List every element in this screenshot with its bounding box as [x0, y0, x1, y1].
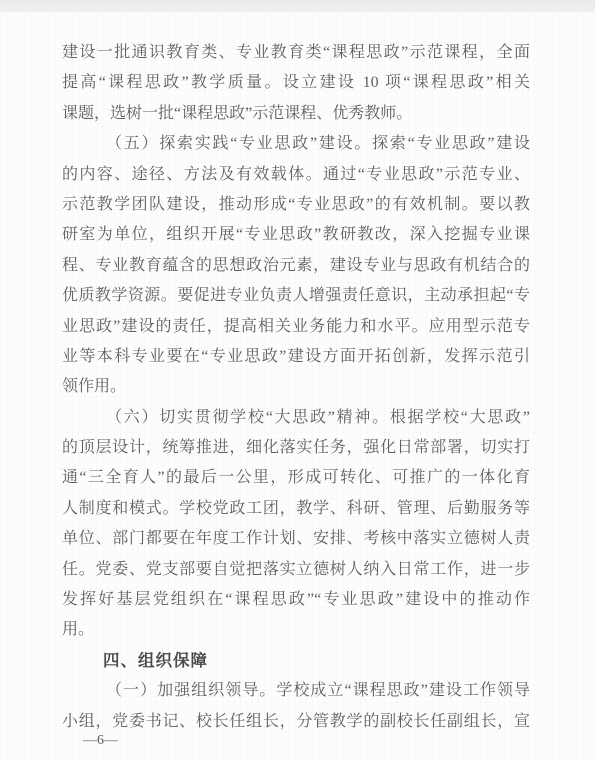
document-lines: 建设一批通识教育类、专业教育类“课程思政”示范课程，全面提高“课程思政”教学质量… — [62, 38, 530, 737]
text-line: 小组，党委书记、校长任组长，分管教学的副校长任副组长，宣 — [62, 707, 530, 737]
text-line: 通“三全育人”的最后一公里，形成可转化、可推广的一体化育 — [62, 463, 530, 493]
text-line: 建设一批通识教育类、专业教育类“课程思政”示范课程，全面 — [62, 38, 530, 68]
text-line: 优质教学资源。要促进专业负责人增强责任意识，主动承担起“专 — [62, 281, 530, 311]
document-page: 建设一批通识教育类、专业教育类“课程思政”示范课程，全面提高“课程思政”教学质量… — [0, 0, 595, 761]
text-line: （一）加强组织领导。学校成立“课程思政”建设工作领导 — [62, 676, 530, 706]
text-line: 人制度和模式。学校党政工团，教学、科研、管理、后勤服务等 — [62, 494, 530, 524]
text-line: 课题，选树一批“课程思政”示范课程、优秀教师。 — [62, 99, 530, 129]
text-line: （六）切实贯彻学校“大思政”精神。根据学校“大思政” — [62, 403, 530, 433]
text-line: 的内容、途径、方法及有效载体。通过“专业思政”示范专业、 — [62, 160, 530, 190]
text-line: 任。党委、党支部要自觉把落实立德树人纳入日常工作，进一步 — [62, 555, 530, 585]
text-line: 程、专业教育蕴含的思想政治元素，建设专业与思政有机结合的 — [62, 251, 530, 281]
scan-top-band — [0, 0, 595, 12]
text-line: 发挥好基层党组织在“课程思政”“专业思政”建设中的推动作 — [62, 585, 530, 615]
text-line: 领作用。 — [62, 372, 530, 402]
text-line: 示范教学团队建设，推动形成“专业思政”的有效机制。要以教 — [62, 190, 530, 220]
text-line: （五）探索实践“专业思政”建设。探索“专业思政”建设 — [62, 129, 530, 159]
text-line: 业思政”建设的责任，提高相关业务能力和水平。应用型示范专 — [62, 312, 530, 342]
text-line: 业等本科专业要在“专业思政”建设方面开拓创新，发挥示范引 — [62, 342, 530, 372]
text-line: 提高“课程思政”教学质量。设立建设 10 项“课程思政”相关 — [62, 68, 530, 98]
text-line: 的顶层设计，统筹推进，细化落实任务，强化日常部署，切实打 — [62, 433, 530, 463]
text-line: 研室为单位，组织开展“专业思政”教研教改，深入挖掘专业课 — [62, 220, 530, 250]
section-heading: 四、组织保障 — [62, 646, 530, 676]
text-line: 单位、部门都要在年度工作计划、安排、考核中落实立德树人责 — [62, 524, 530, 554]
page-number: —6— — [83, 731, 118, 751]
text-line: 用。 — [62, 615, 530, 645]
